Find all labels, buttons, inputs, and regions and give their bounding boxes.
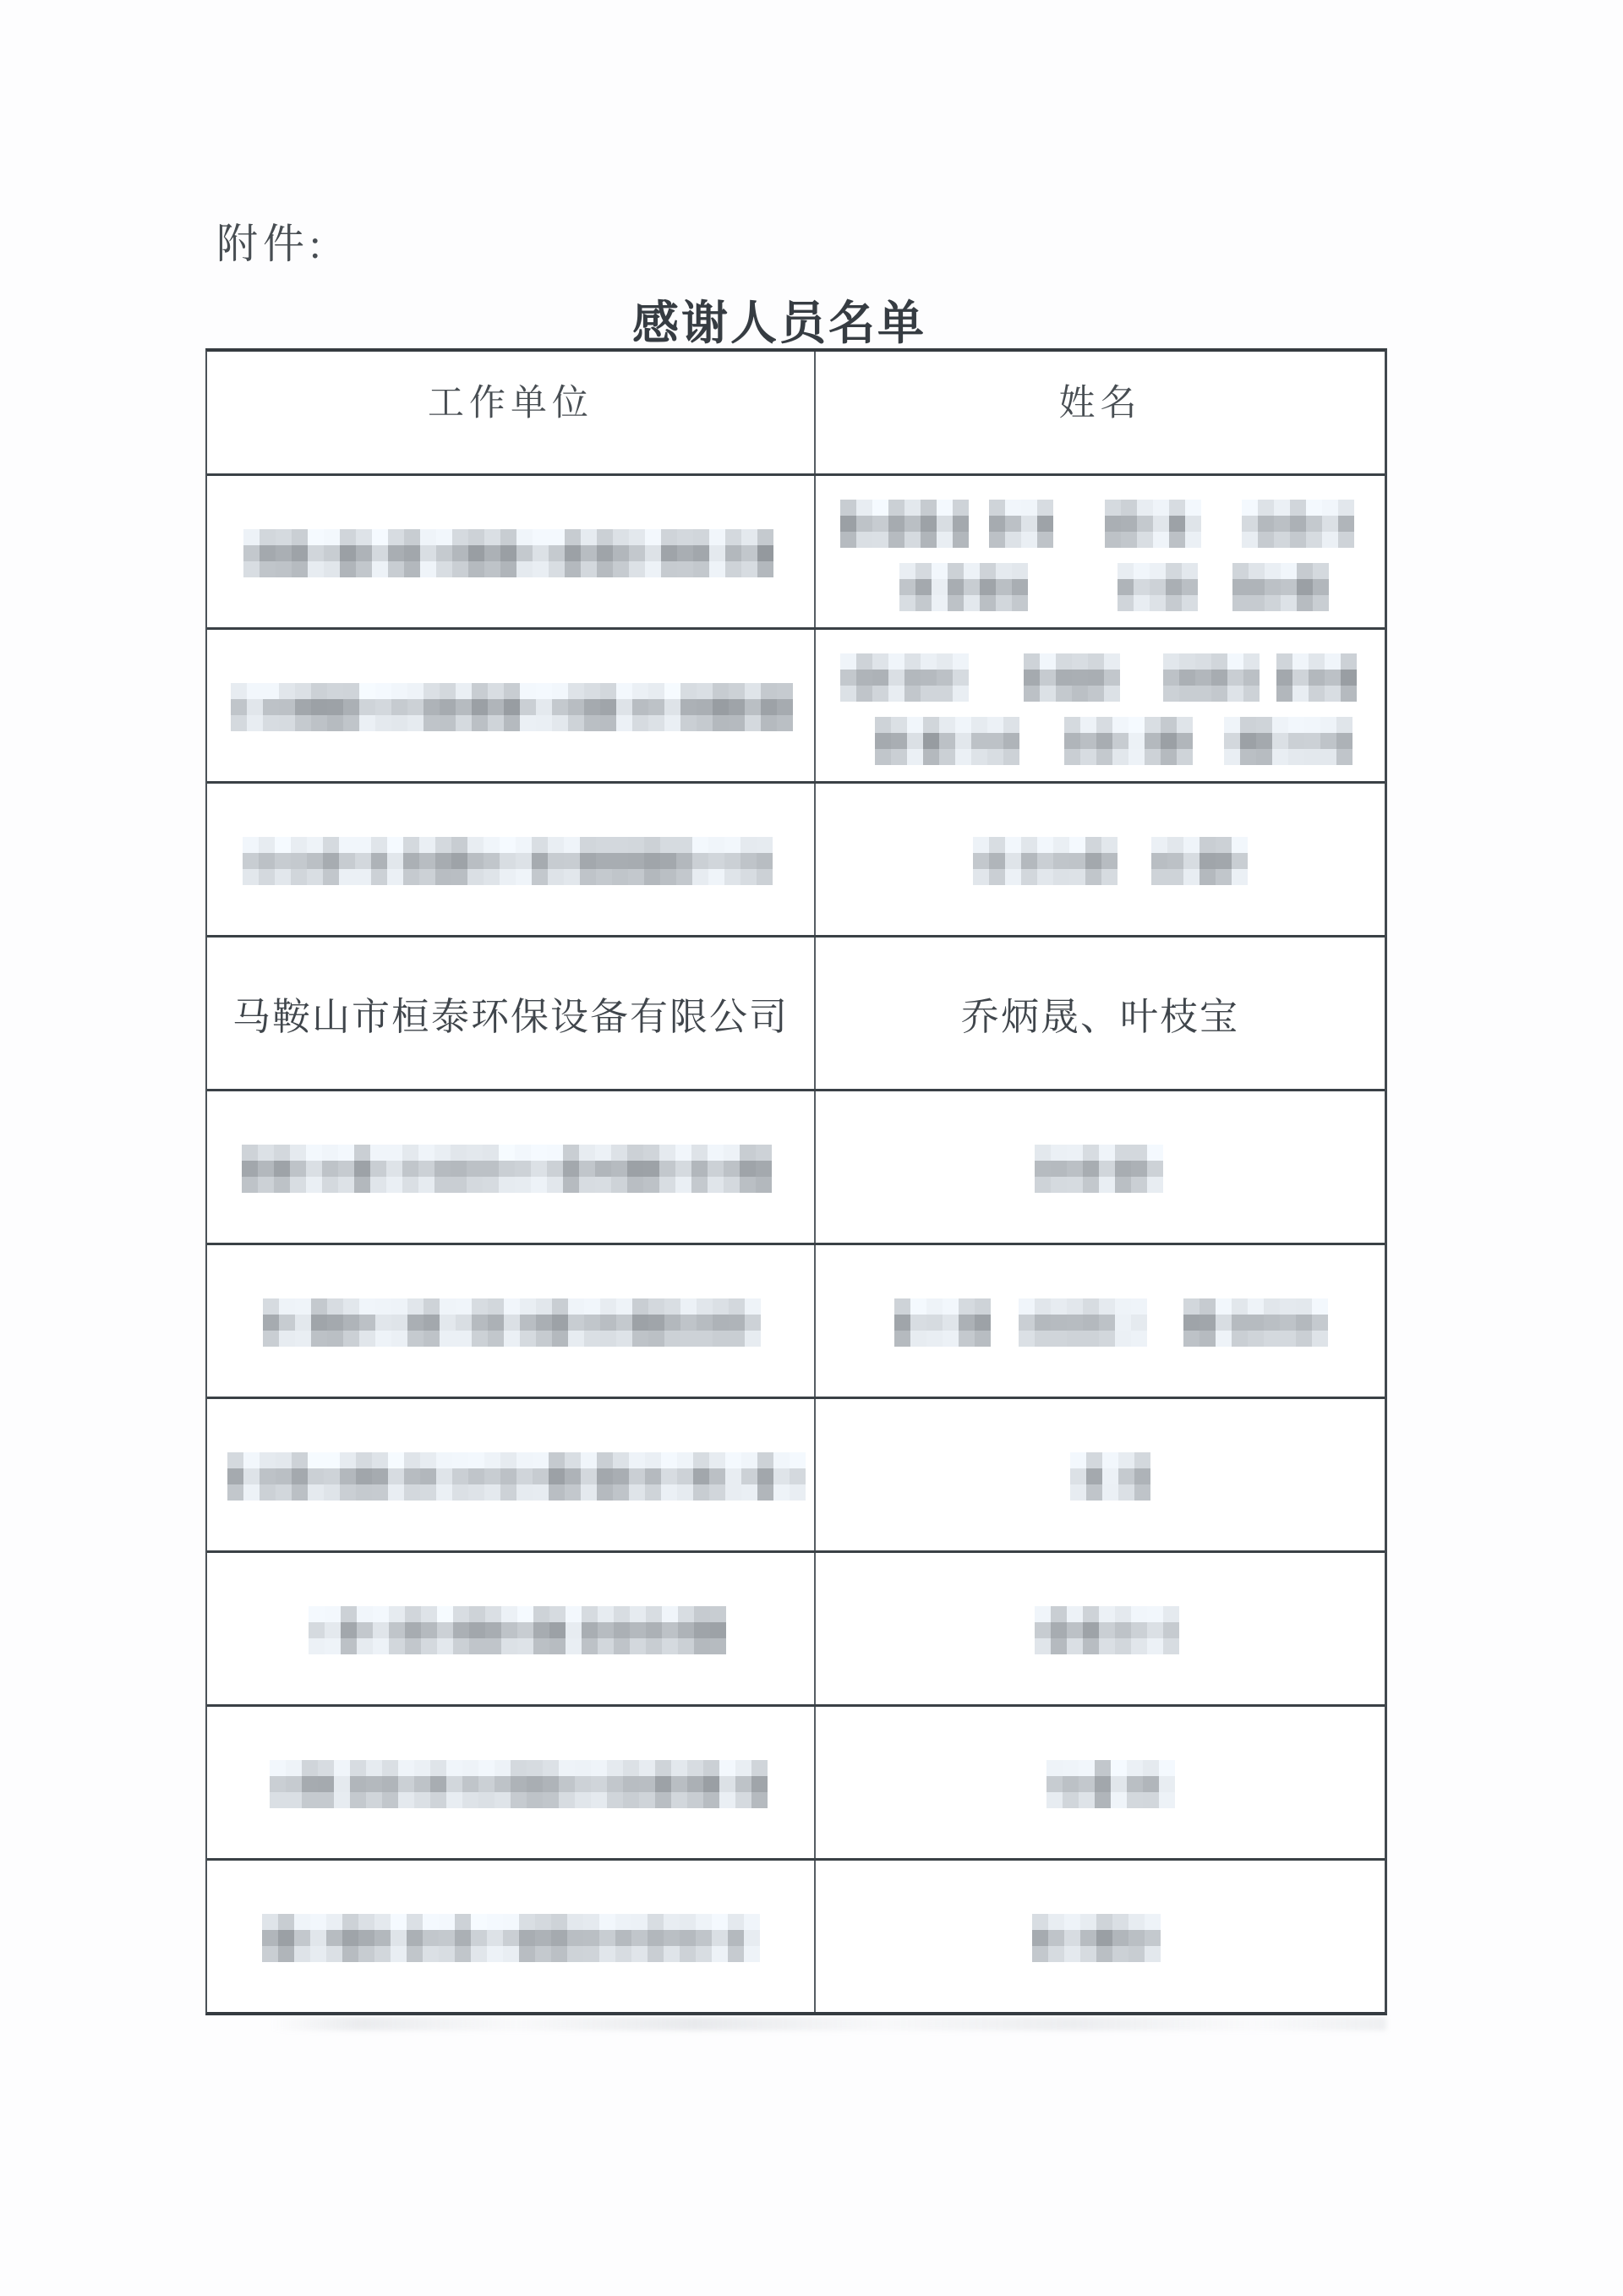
mosaic-block [467,869,484,885]
mosaic-block [676,853,692,869]
mosaic-block [696,1930,712,1946]
cell-text: 乔炳晟、叶枝宝 [961,986,1239,1041]
mosaic-block [407,1298,424,1315]
mosaic-block [632,699,648,715]
mosaic-block [375,699,391,715]
mosaic-block [275,869,291,885]
mosaic-block [504,1315,520,1331]
mosaic-block [1067,1315,1083,1331]
mosaic-block [740,837,757,853]
mosaic-block [472,1315,488,1331]
mosaic-block [535,1930,551,1946]
names-cell [816,630,1385,781]
mosaic-block [231,715,247,731]
mosaic-block [500,869,516,885]
mosaic-block [921,686,937,702]
mosaic-block [324,1468,340,1484]
mosaic-block [661,561,677,577]
redacted-content [207,1861,814,2012]
mosaic-block [888,653,904,670]
mosaic-block [937,516,953,532]
mosaic-block [1224,749,1240,765]
mosaic-block [1338,516,1354,532]
mosaic-block [263,715,279,731]
mosaic-block [1096,733,1112,749]
mosaic-block [840,516,856,532]
mosaic-block [306,1177,322,1193]
mosaic-block [568,1331,584,1347]
mosaic-block [1048,1914,1064,1930]
mosaic-block [418,1145,434,1161]
mosaic-block [343,1298,359,1315]
mosaic-block [471,1946,487,1962]
mosaic-block [595,1145,611,1161]
mosaic-block [697,1298,713,1315]
mosaic-block [366,1792,382,1808]
mosaic-block [980,595,996,611]
mosaic-block [693,561,709,577]
mosaic-block [292,1468,308,1484]
mosaic-block [613,529,629,545]
mosaic-block [566,1622,582,1638]
mosaic-block [424,1315,440,1331]
mosaic-block [421,1638,437,1654]
mosaic-block [1021,837,1037,853]
mosaic-block [677,561,693,577]
mosaic-block [607,1792,623,1808]
mosaic-block [452,1468,468,1484]
mosaic-block [308,1468,324,1484]
redacted-content [207,1245,814,1397]
mosaic-block [247,699,263,715]
mosaic-block [1040,686,1056,702]
mosaic-block [1242,532,1258,548]
mosaic-block [840,670,856,686]
mosaic-block [1128,749,1145,765]
mosaic-block [629,561,645,577]
mosaic-block [1131,1298,1147,1315]
mosaic-block [729,1315,745,1331]
mosaic-block [308,529,324,545]
mosaic-block [1099,1145,1115,1161]
mosaic-block [391,1298,407,1315]
mosaic-block [643,1145,659,1161]
mosaic-block [467,1145,483,1161]
mosaic-block [567,1914,583,1930]
mosaic-block [611,1145,627,1161]
mosaic-block [751,1776,768,1792]
mosaic-block [500,1468,516,1484]
mosaic-block [499,1161,515,1177]
mosaic-block [327,1331,343,1347]
mosaic-block [703,1760,719,1776]
mosaic-block [532,837,548,853]
mosaic-block [1067,1622,1083,1638]
mosaic-block [1086,1468,1102,1484]
mosaic-block [1088,670,1104,686]
mosaic-block [677,1484,693,1501]
mosaic-block [1216,837,1232,853]
mosaic-block [326,1946,342,1962]
mosaic-block [483,1161,499,1177]
mosaic-block [1216,1331,1232,1347]
mosaic-block [1313,595,1329,611]
mosaic-block [671,1776,687,1792]
mosaic-block [263,683,279,699]
mosaic-block [1021,516,1037,532]
mosaic-block [404,529,420,545]
mosaic-block [511,1792,527,1808]
mosaic-block [343,715,359,731]
mosaic-block [566,1606,582,1622]
mosaic-block [597,1484,613,1501]
mosaic-block [597,1468,613,1484]
mosaic-block [436,1484,452,1501]
mosaic-block [515,1177,531,1193]
mosaic-block [1143,1760,1159,1776]
mosaic-block [1021,869,1037,885]
mosaic-block [1325,686,1341,702]
mosaic-block [1276,686,1292,702]
mosaic-block [403,869,419,885]
mosaic-block [274,1161,290,1177]
mosaic-block [503,1914,519,1930]
mosaic-block [292,529,308,545]
mosaic-block [1069,853,1085,869]
mosaic-block [1297,579,1313,595]
mosaic-block [1131,1638,1147,1654]
mosaic-block [955,733,971,749]
mosaic-block [643,1161,659,1177]
mosaic-block [548,853,564,869]
mosaic-block [662,1638,678,1654]
mosaic-block [310,1946,326,1962]
mosaic-block [975,1331,991,1347]
mosaic-block [552,699,568,715]
mosaic-block [1232,1298,1248,1315]
mosaic-block [374,1914,391,1930]
mosaic-block [536,683,552,699]
mosaic-block [1320,749,1336,765]
mosaic-block [627,1161,643,1177]
mosaic-block [630,1638,646,1654]
mosaic-block [279,715,295,731]
mosaic-block [527,1776,543,1792]
mosaic-block [275,837,291,853]
mosaic-block [436,1452,452,1468]
mosaic-block [340,545,356,561]
mosaic-block [456,715,472,731]
mosaic-block [440,1298,456,1315]
mosaic-block [543,1776,559,1792]
mosaic-block [740,853,757,869]
mosaic-block [744,1930,760,1946]
mosaic-block [937,686,953,702]
mosaic-block [1035,1622,1051,1638]
mosaic-block [318,1776,334,1792]
mosaic-block [1051,1622,1067,1638]
mosaic-block [613,1484,629,1501]
mosaic-block [1169,516,1185,532]
mosaic-block [308,545,324,561]
mosaic-block [1102,1452,1118,1468]
mosaic-block [724,853,740,869]
mosaic-block [372,1468,388,1484]
mosaic-block [451,837,467,853]
mosaic-block [242,1161,258,1177]
mosaic-block [744,1914,760,1930]
mosaic-block [533,1606,549,1622]
mosaic-block [932,579,948,595]
mosaic-block [1177,749,1193,765]
mosaic-block [1179,686,1195,702]
mosaic-block [915,579,932,595]
mosaic-block [713,1315,729,1331]
mosaic-block [295,1298,311,1315]
mosaic-block [536,715,552,731]
mosaic-block [757,869,773,885]
mosaic-block [565,1452,581,1468]
mosaic-block [1290,500,1306,516]
mosaic-block [1064,717,1080,733]
mosaic-block [420,1452,436,1468]
mosaic-block [1211,670,1227,686]
mosaic-block [680,1298,697,1315]
mosaic-block [648,1914,664,1930]
mosaic-block [500,561,516,577]
mosaic-block [1037,853,1053,869]
mosaic-block [484,545,500,561]
mosaic-block [295,1315,311,1331]
mosaic-block [1115,1606,1131,1622]
mosaic-block [891,749,907,765]
mosaic-block [1167,837,1183,853]
mosaic-block [1099,1177,1115,1193]
mosaic-block [741,1468,757,1484]
mosaic-block [456,1331,472,1347]
mosaic-block [623,1760,639,1776]
mosaic-block [372,545,388,561]
mosaic-block [1128,717,1145,733]
mosaic-block [1185,500,1201,516]
mosaic-block [500,529,516,545]
mosaic-block [615,1946,631,1962]
mosaic-block [719,1792,735,1808]
redacted-content [816,1707,1385,1858]
mosaic-block [692,837,708,853]
attachment-label: 附件: [216,211,326,271]
mosaic-block [687,1792,703,1808]
mosaic-block [358,1914,374,1930]
mosaic-block [648,1315,664,1331]
mosaic-block [531,1161,547,1177]
mosaic-block [1151,869,1167,885]
mosaic-block [1313,579,1329,595]
mosaic-block [468,1452,484,1468]
mosaic-block [243,1452,260,1468]
mosaic-block [662,1622,678,1638]
mosaic-block [227,1452,243,1468]
mosaic-block [973,837,989,853]
mosaic-block [680,1315,697,1331]
mosaic-block [1035,1331,1051,1347]
mosaic-block [915,563,932,579]
mosaic-block [552,1298,568,1315]
mosaic-block [439,1930,455,1946]
names-cell [816,1707,1385,1858]
mosaic-block [370,1177,386,1193]
mosaic-block [632,715,648,731]
mosaic-block [516,1484,533,1501]
mosaic-block [741,545,757,561]
mosaic-block [446,1792,462,1808]
mosaic-block [1099,1606,1115,1622]
mosaic-block [1240,749,1256,765]
mosaic-block [696,1946,712,1962]
mosaic-block [644,837,660,853]
mosaic-block [687,1760,703,1776]
mosaic-block [757,853,773,869]
mosaic-block [372,529,388,545]
mosaic-block [356,545,372,561]
mosaic-block [533,1484,549,1501]
mosaic-block [398,1776,414,1792]
mosaic-block [559,1760,575,1776]
mosaic-block [500,1484,516,1501]
mosaic-block [1320,733,1336,749]
mosaic-block [357,1606,373,1622]
mosaic-block [773,1452,790,1468]
mosaic-block [630,1606,646,1622]
mosaic-block [1232,837,1248,853]
mosaic-block [291,837,307,853]
mosaic-block [535,1946,551,1962]
mosaic-block [614,1622,630,1638]
mosaic-block [370,1161,386,1177]
mosaic-block [725,545,741,561]
mosaic-block [644,853,660,869]
mosaic-block [1088,686,1104,702]
mosaic-block [660,869,676,885]
mosaic-block [435,853,451,869]
mosaic-block [872,653,888,670]
mosaic-block [485,1622,501,1638]
mosaic-block [971,733,987,749]
mosaic-block [418,1161,434,1177]
mosaic-block [1336,749,1352,765]
mosaic-block [894,1331,910,1347]
mosaic-block [375,1315,391,1331]
mosaic-block [1256,733,1272,749]
mosaic-block [709,561,725,577]
mosaic-block [1088,653,1104,670]
mosaic-block [468,1468,484,1484]
names-cell [816,1091,1385,1243]
mosaic-block [694,1606,710,1622]
mosaic-block [372,1484,388,1501]
mosaic-block [645,529,661,545]
mosaic-block [697,1315,713,1331]
mosaic-block [612,837,628,853]
mosaic-block [568,1298,584,1315]
mosaic-block [552,1331,568,1347]
mosaic-block [391,1315,407,1331]
mosaic-block [469,1606,485,1622]
mosaic-block [923,717,939,733]
mosaic-block [926,1331,943,1347]
mosaic-block [452,545,468,561]
mosaic-block [661,1468,677,1484]
mosaic-block [1019,1298,1035,1315]
mosaic-block [989,532,1005,548]
mosaic-block [1134,1484,1150,1501]
mosaic-block [404,1468,420,1484]
mosaic-block [639,1792,655,1808]
mosaic-block [306,1145,322,1161]
mosaic-block [1232,853,1248,869]
mosaic-block [1053,837,1069,853]
mosaic-block [1199,1298,1216,1315]
mosaic-block [483,1145,499,1161]
mosaic-block [598,1622,614,1638]
mosaic-block [1064,1914,1080,1930]
mosaic-block [1296,1315,1312,1331]
mosaic-block [694,1638,710,1654]
unit-cell [207,1861,816,2012]
mosaic-block [1121,532,1137,548]
mosaic-block [631,1946,648,1962]
mosaic-block [1105,532,1121,548]
mosaic-block [437,1606,453,1622]
mosaic-block [1131,1331,1147,1347]
mosaic-block [488,1298,504,1315]
mosaic-block [1264,1315,1280,1331]
mosaic-block [599,1946,615,1962]
mosaic-block [295,715,311,731]
mosaic-block [402,1177,418,1193]
mosaic-block [1035,1638,1051,1654]
mosaic-block [581,545,597,561]
mosaic-block [388,529,404,545]
mosaic-block [724,869,740,885]
mosaic-block [436,561,452,577]
mosaic-block [404,1452,420,1468]
mosaic-block [1104,653,1120,670]
mosaic-block [1067,1177,1083,1193]
mosaic-block [613,561,629,577]
mosaic-block [790,1468,806,1484]
mosaic-block [671,1792,687,1808]
mosaic-block [987,717,1003,733]
mosaic-block [452,1484,468,1501]
mosaic-block [343,699,359,715]
mosaic-block [989,500,1005,516]
mosaic-block [1069,837,1085,853]
mosaic-block [391,1914,407,1930]
mosaic-block [1115,1177,1131,1193]
mosaic-block [923,749,939,765]
mosaic-block [324,1452,340,1468]
mosaic-block [1290,532,1306,548]
mosaic-block [294,1914,310,1930]
redacted-content [207,1091,814,1243]
mosaic-block [708,869,724,885]
mosaic-block [278,1914,294,1930]
mosaic-block [959,1298,975,1315]
mosaic-block [309,1638,325,1654]
mosaic-block [1199,1331,1216,1347]
mosaic-block [1163,1606,1179,1622]
